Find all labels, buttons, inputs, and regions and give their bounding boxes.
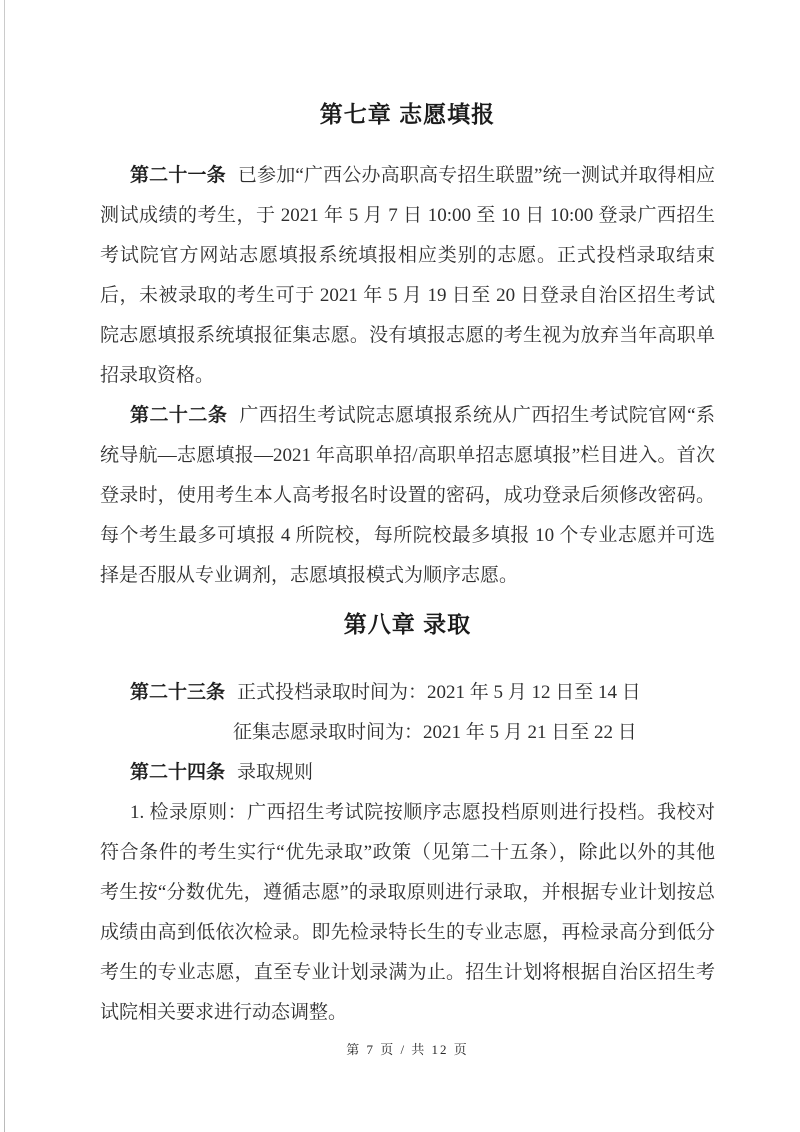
article-24-text: 录取规则 [237, 762, 313, 783]
document-page: 第七章 志愿填报 第二十一条已参加“广西公办高职高专招生联盟”统一测试并取得相应… [0, 0, 800, 1132]
article-24-label: 第二十四条 [130, 762, 225, 783]
page-content: 第七章 志愿填报 第二十一条已参加“广西公办高职高专招生联盟”统一测试并取得相应… [0, 0, 800, 1059]
article-22-label: 第二十二条 [130, 405, 227, 426]
page-number-footer: 第 7 页 / 共 12 页 [100, 1041, 715, 1059]
article-22-text: 广西招生考试院志愿填报系统从广西招生考试院官网“系统导航—志愿填报—2021 年… [100, 405, 715, 586]
article-23-label: 第二十三条 [130, 682, 225, 703]
article-23-line2: 征集志愿录取时间为：2021 年 5 月 21 日至 22 日 [233, 713, 715, 753]
article-21-label: 第二十一条 [130, 165, 226, 186]
article-21-text: 已参加“广西公办高职高专招生联盟”统一测试并取得相应测试成绩的考生，于 2021… [100, 165, 715, 386]
article-23-time1: 正式投档录取时间为：2021 年 5 月 12 日至 14 日 [237, 682, 641, 703]
article-22-paragraph: 第二十二条广西招生考试院志愿填报系统从广西招生考试院官网“系统导航—志愿填报—2… [100, 396, 715, 596]
article-24-paragraph: 第二十四条录取规则 [100, 753, 715, 793]
chapter7-heading: 第七章 志愿填报 [100, 94, 715, 134]
rule-1-text: 1. 检录原则：广西招生考试院按顺序志愿投档原则进行投档。我校对符合条件的考生实… [100, 802, 715, 1023]
chapter8-heading: 第八章 录取 [100, 604, 715, 644]
article-21-paragraph: 第二十一条已参加“广西公办高职高专招生联盟”统一测试并取得相应测试成绩的考生，于… [100, 156, 715, 396]
rule-1-paragraph: 1. 检录原则：广西招生考试院按顺序志愿投档原则进行投档。我校对符合条件的考生实… [100, 793, 715, 1033]
article-23-line1: 第二十三条正式投档录取时间为：2021 年 5 月 12 日至 14 日 [100, 673, 715, 713]
scan-edge-artifact [4, 0, 5, 1132]
